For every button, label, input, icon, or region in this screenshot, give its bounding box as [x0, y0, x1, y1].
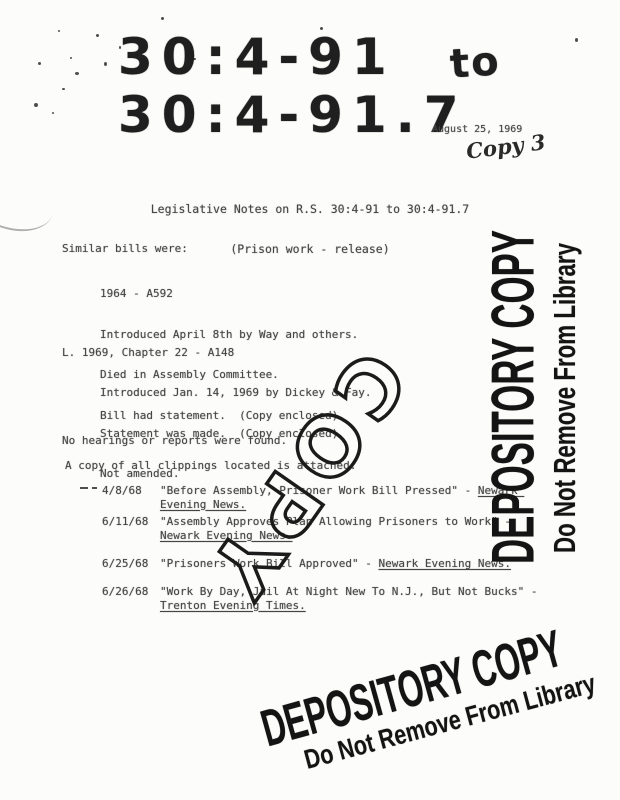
clipping-date: 6/26/68: [102, 585, 160, 599]
depository-stamp-side-title: DEPOSITORY COPY: [479, 230, 548, 564]
similar-bills-heading: Similar bills were:: [62, 242, 188, 256]
document-title-line1: Legislative Notes on R.S. 30:4-91 to 30:…: [0, 203, 620, 216]
handwritten-citation-connector: to: [448, 38, 502, 87]
bill2-chapter: L. 1969, Chapter 22 - A148: [62, 346, 234, 360]
bill1-number: 1964 - A592: [100, 287, 358, 301]
clipping-source: Trenton Evening Times.: [160, 599, 306, 612]
clipping-row: 6/26/68 "Work By Day, Jail At Night New …: [102, 585, 552, 612]
clipping-date: 4/8/68: [102, 484, 160, 498]
bill1-introduced: Introduced April 8th by Way and others.: [100, 328, 358, 342]
depository-stamp-side-subtitle: Do Not Remove From Library: [547, 243, 583, 553]
note-hearings: No hearings or reports were found.: [62, 434, 287, 448]
handwritten-citation-line1: 30:4-91: [118, 28, 396, 86]
clipping-date: 6/11/68: [102, 515, 160, 529]
clipping-date: 6/25/68: [102, 557, 160, 571]
handwritten-citation-line2: 30:4-91.7: [118, 86, 467, 144]
